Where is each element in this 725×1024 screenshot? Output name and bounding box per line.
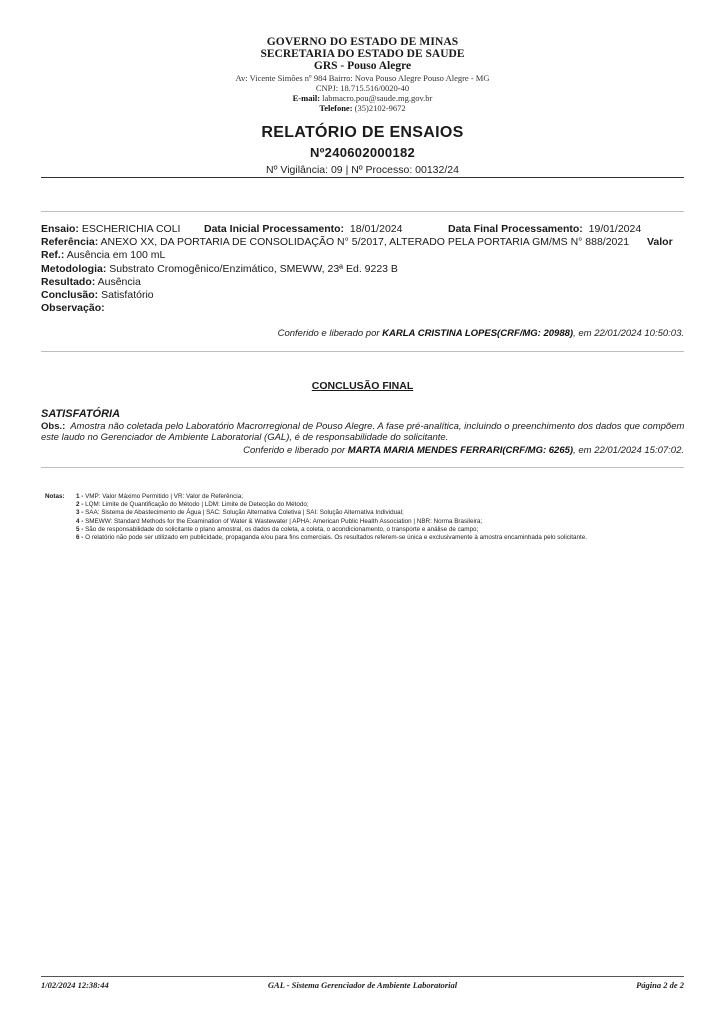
ref-value: Ref.: Ausência em 100 mL <box>41 249 165 261</box>
note-num: 5 - <box>76 526 83 533</box>
ensaio-label: Ensaio: <box>41 223 79 235</box>
result: Resultado: Ausência <box>41 276 141 288</box>
header-email: E-mail: labmacro.pou@saude.mg.gov.br <box>0 93 725 103</box>
vigilance-process: Nº Vigilância: 09 | Nº Processo: 00132/2… <box>0 164 725 176</box>
note-num: 4 - <box>76 518 83 525</box>
note-item: 1 - VMP: Valor Máximo Permitido | VR: Va… <box>76 493 686 501</box>
header-grs: GRS - Pouso Alegre <box>0 60 725 72</box>
obs-label: Obs.: <box>41 421 65 432</box>
release-prefix: Conferido e liberado por <box>278 328 380 339</box>
end-date: Data Final Processamento: 19/01/2024 <box>448 223 641 235</box>
note-item: 4 - SMEWW: Standard Methods for the Exam… <box>76 518 686 526</box>
header-address: Av: Vicente Simões nº 984 Bairro: Nova P… <box>0 73 725 83</box>
reference-value: ANEXO XX, DA PORTARIA DE CONSOLIDAÇÃO N°… <box>101 236 630 248</box>
footer-system: GAL - Sistema Gerenciador de Ambiente La… <box>0 980 725 990</box>
note-item: 3 - SAA: Sistema de Abastecimento de Águ… <box>76 509 686 517</box>
report-number: Nº240602000182 <box>0 145 725 160</box>
note-num: 6 - <box>76 534 83 541</box>
header-secretariat: SECRETARIA DO ESTADO DE SAUDE <box>0 48 725 60</box>
ref-label: Ref.: <box>41 249 64 261</box>
notes-list: 1 - VMP: Valor Máximo Permitido | VR: Va… <box>76 493 686 542</box>
start-date: Data Inicial Processamento: 18/01/2024 <box>204 223 402 235</box>
section-divider-top <box>41 211 684 212</box>
observation-label: Observação: <box>41 302 105 314</box>
phone-label: Telefone: <box>319 103 352 113</box>
methodology-label: Metodologia: <box>41 263 106 275</box>
release-signer: KARLA CRISTINA LOPES(CRF/MG: 20988) <box>382 328 573 339</box>
section-divider-mid <box>41 351 684 352</box>
methodology: Metodologia: Substrato Cromogênico/Enzim… <box>41 263 398 275</box>
header-cnpj: CNPJ: 18.715.516/0020-40 <box>0 83 725 93</box>
header-government: GOVERNO DO ESTADO DE MINAS <box>0 36 725 48</box>
result-value: Ausência <box>98 276 141 288</box>
methodology-value: Substrato Cromogênico/Enzimático, SMEWW,… <box>109 263 398 275</box>
note-text: LQM: Limite de Quantificação do Método |… <box>85 501 309 508</box>
end-date-label: Data Final Processamento: <box>448 223 583 235</box>
note-num: 2 - <box>76 501 83 508</box>
final-conclusion-obs: Obs.: Amostra não coletada pelo Laborató… <box>41 421 686 443</box>
email-value[interactable]: labmacro.pou@saude.mg.gov.br <box>322 93 432 103</box>
ensaio-value: ESCHERICHIA COLI <box>82 223 181 235</box>
footer-divider <box>41 976 684 977</box>
note-text: O relatório não pode ser utilizado em pu… <box>85 534 587 541</box>
report-title: RELATÓRIO DE ENSAIOS <box>0 124 725 142</box>
note-text: São de responsabilidade do solicitante o… <box>85 526 478 533</box>
title-divider <box>41 177 684 178</box>
header-phone: Telefone: (35)2102-9672 <box>0 103 725 113</box>
ref-value-label-1: Valor <box>647 236 673 248</box>
reference: Referência: ANEXO XX, DA PORTARIA DE CON… <box>41 236 629 248</box>
conclusion: Conclusão: Satisfatório <box>41 289 154 301</box>
final-release-suffix: , em 22/01/2024 15:07:02. <box>573 445 684 456</box>
test-release: Conferido e liberado por KARLA CRISTINA … <box>278 328 684 339</box>
release-suffix: , em 22/01/2024 10:50:03. <box>573 328 684 339</box>
final-release: Conferido e liberado por MARTA MARIA MEN… <box>243 445 684 456</box>
conclusion-value: Satisfatório <box>101 289 154 301</box>
start-date-value: 18/01/2024 <box>350 223 403 235</box>
reference-label: Referência: <box>41 236 98 248</box>
start-date-label: Data Inicial Processamento: <box>204 223 344 235</box>
ref-value-text: Ausência em 100 mL <box>67 249 166 261</box>
observation: Observação: <box>41 302 105 314</box>
conclusion-label: Conclusão: <box>41 289 98 301</box>
footer-page: Página 2 de 2 <box>636 980 684 990</box>
result-label: Resultado: <box>41 276 95 288</box>
note-item: 6 - O relatório não pode ser utilizado e… <box>76 534 686 542</box>
phone-value: (35)2102-9672 <box>355 103 406 113</box>
section-divider-bottom <box>41 467 684 468</box>
note-text: SAA: Sistema de Abastecimento de Água | … <box>85 509 404 516</box>
end-date-value: 19/01/2024 <box>589 223 642 235</box>
note-text: SMEWW: Standard Methods for the Examinat… <box>85 518 482 525</box>
final-conclusion-status: SATISFATÓRIA <box>41 408 120 420</box>
email-label: E-mail: <box>293 93 320 103</box>
final-release-signer: MARTA MARIA MENDES FERRARI(CRF/MG: 6265) <box>348 445 573 456</box>
note-num: 3 - <box>76 509 83 516</box>
test-line-1: Ensaio: ESCHERICHIA COLI <box>41 223 180 235</box>
notes-label: Notas: <box>45 493 65 500</box>
obs-text: Amostra não coletada pelo Laboratório Ma… <box>41 421 684 443</box>
note-num: 1 - <box>76 493 83 500</box>
final-release-prefix: Conferido e liberado por <box>243 445 345 456</box>
valor-label: Valor <box>647 236 673 248</box>
note-item: 5 - São de responsabilidade do solicitan… <box>76 526 686 534</box>
note-text: VMP: Valor Máximo Permitido | VR: Valor … <box>85 493 243 500</box>
final-conclusion-title: CONCLUSÃO FINAL <box>0 380 725 392</box>
